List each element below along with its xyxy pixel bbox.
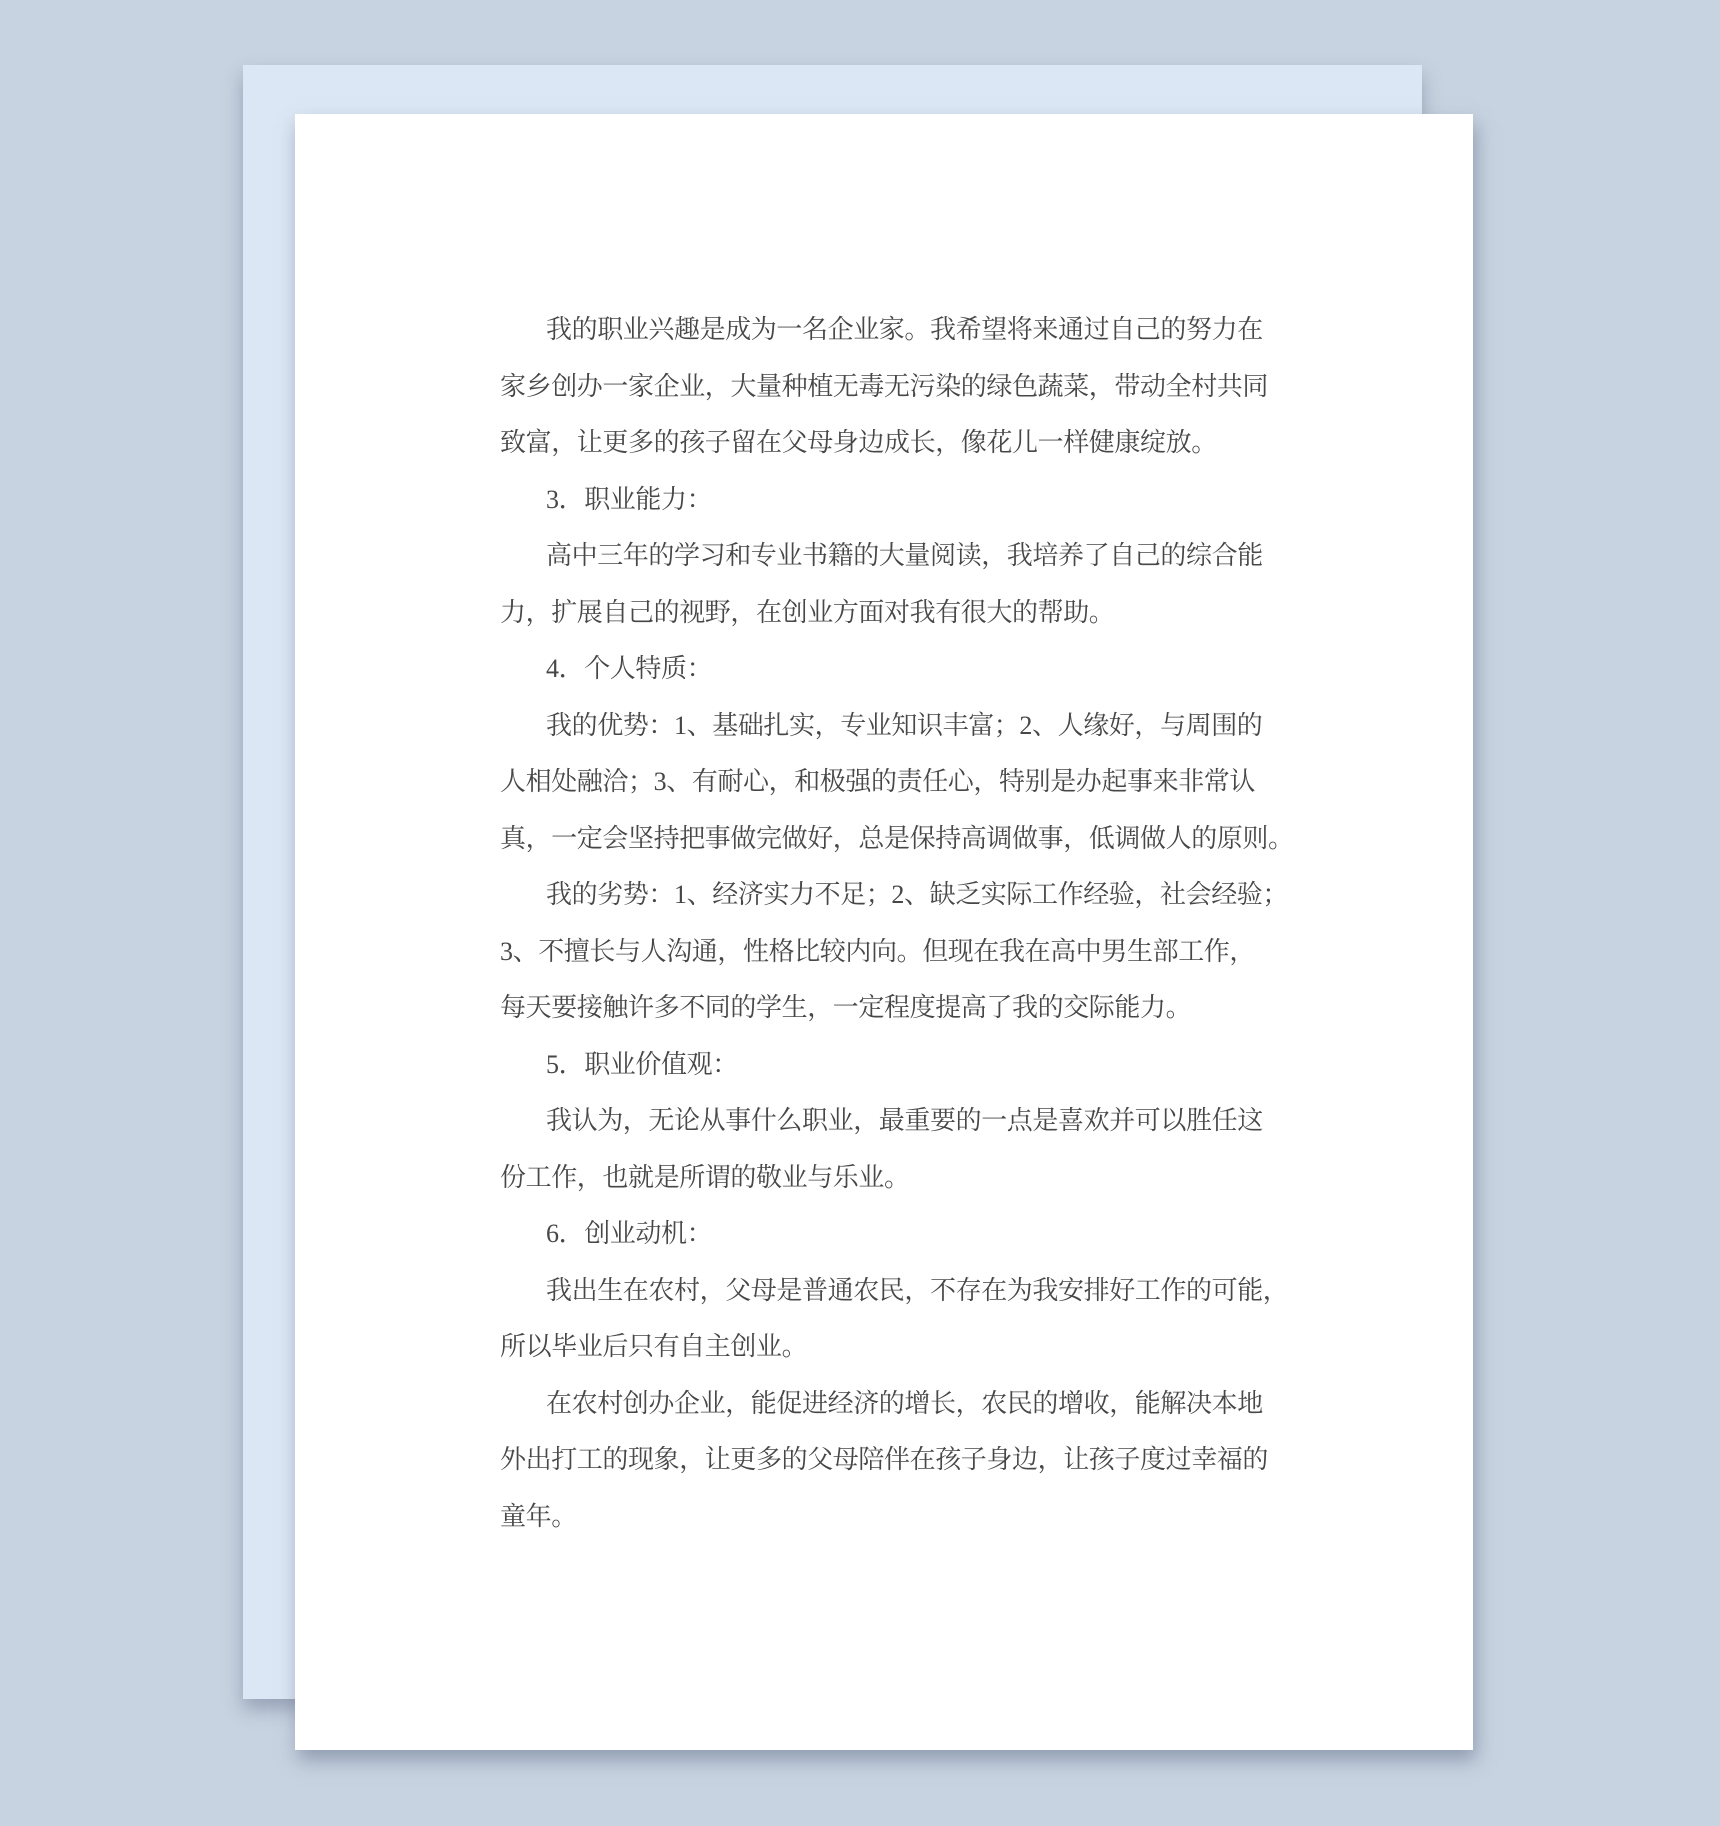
text-line: 人相处融洽；3、有耐心，和极强的责任心，特别是办起事来非常认 (500, 754, 1300, 811)
desktop-background: 我的职业兴趣是成为一名企业家。我希望将来通过自己的努力在家乡创办一家企业，大量种… (0, 0, 1720, 1826)
text-line: 童年。 (500, 1489, 1300, 1546)
text-line: 3、不擅长与人沟通，性格比较内向。但现在我在高中男生部工作， (500, 924, 1300, 981)
text-line: 我的优势：1、基础扎实，专业知识丰富；2、人缘好，与周围的 (500, 698, 1300, 755)
text-line: 每天要接触许多不同的学生，一定程度提高了我的交际能力。 (500, 980, 1300, 1037)
document-text: 我的职业兴趣是成为一名企业家。我希望将来通过自己的努力在家乡创办一家企业，大量种… (500, 302, 1300, 1545)
text-line: 致富，让更多的孩子留在父母身边成长，像花儿一样健康绽放。 (500, 415, 1300, 472)
text-line: 外出打工的现象，让更多的父母陪伴在孩子身边，让孩子度过幸福的 (500, 1432, 1300, 1489)
text-line: 4．个人特质： (500, 641, 1300, 698)
text-line: 我认为，无论从事什么职业，最重要的一点是喜欢并可以胜任这 (500, 1093, 1300, 1150)
text-line: 力，扩展自己的视野，在创业方面对我有很大的帮助。 (500, 585, 1300, 642)
text-line: 3．职业能力： (500, 472, 1300, 529)
text-line: 我的职业兴趣是成为一名企业家。我希望将来通过自己的努力在 (500, 302, 1300, 359)
text-line: 6．创业动机： (500, 1206, 1300, 1263)
text-line: 5．职业价值观： (500, 1037, 1300, 1094)
text-line: 高中三年的学习和专业书籍的大量阅读，我培养了自己的综合能 (500, 528, 1300, 585)
text-line: 我的劣势：1、经济实力不足；2、缺乏实际工作经验，社会经验； (500, 867, 1300, 924)
text-line: 在农村创办企业，能促进经济的增长，农民的增收，能解决本地 (500, 1376, 1300, 1433)
text-line: 所以毕业后只有自主创业。 (500, 1319, 1300, 1376)
text-line: 家乡创办一家企业，大量种植无毒无污染的绿色蔬菜，带动全村共同 (500, 359, 1300, 416)
text-line: 我出生在农村，父母是普通农民，不存在为我安排好工作的可能， (500, 1263, 1300, 1320)
text-line: 份工作，也就是所谓的敬业与乐业。 (500, 1150, 1300, 1207)
document-page: 我的职业兴趣是成为一名企业家。我希望将来通过自己的努力在家乡创办一家企业，大量种… (295, 114, 1473, 1750)
text-line: 真，一定会坚持把事做完做好，总是保持高调做事，低调做人的原则。 (500, 811, 1300, 868)
